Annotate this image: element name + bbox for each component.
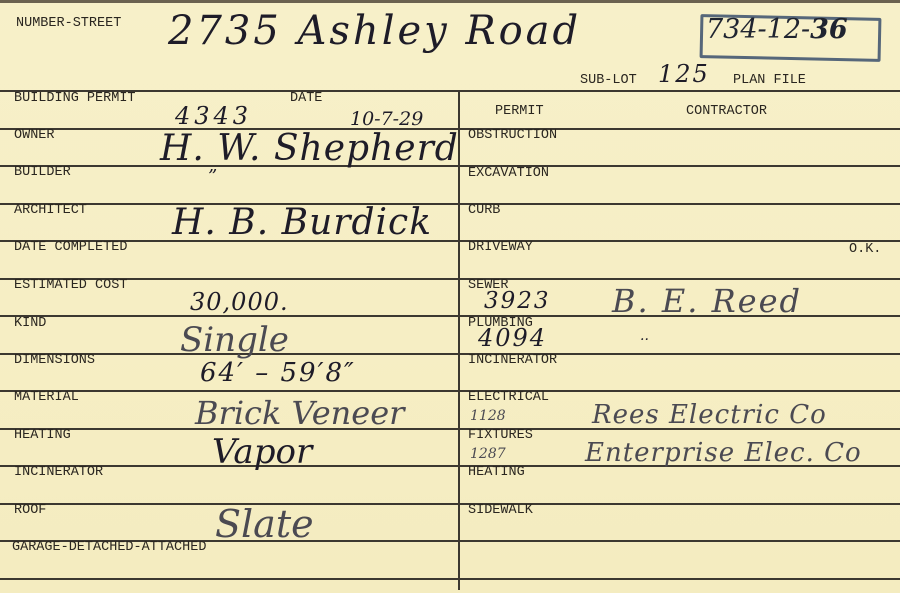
card-top-edge [0, 0, 900, 3]
rule [0, 503, 900, 505]
owner-label: OWNER [14, 128, 55, 143]
address-value: 2735 Ashley Road [168, 8, 581, 54]
material-label: MATERIAL [14, 390, 79, 405]
builder-value: ” [208, 166, 217, 187]
plumbing-contractor-value: .. [640, 328, 649, 344]
plumbing-permit-value: 4094 [478, 324, 547, 352]
estimated-cost-value: 30,000. [190, 288, 289, 316]
rule [0, 203, 900, 205]
heating-permit-label: HEATING [468, 465, 525, 480]
kind-label: KIND [14, 316, 46, 331]
rule [0, 353, 900, 355]
contractor-header: CONTRACTOR [686, 104, 767, 119]
roof-value: Slate [215, 502, 314, 546]
material-value: Brick Veneer [195, 394, 404, 432]
electrical-permit-value: 1128 [470, 408, 506, 424]
garage-label: GARAGE-DETACHED-ATTACHED [12, 540, 206, 555]
kind-value: Single [180, 320, 289, 360]
driveway-label: DRIVEWAY [468, 240, 533, 255]
file-number-prefix: 734-12- [706, 14, 810, 45]
fixtures-permit-value: 1287 [470, 446, 506, 462]
heating-value: Vapor [212, 432, 312, 472]
roof-label: ROOF [14, 503, 46, 518]
builder-label: BUILDER [14, 165, 71, 180]
plan-file-label: PLAN FILE [733, 73, 806, 88]
date-completed-label: DATE COMPLETED [14, 240, 127, 255]
sidewalk-label: SIDEWALK [468, 503, 533, 518]
date-value: 10-7-29 [350, 108, 423, 130]
rule [0, 240, 900, 242]
owner-value: H. W. Shepherd [160, 128, 459, 169]
incinerator-label: INCINERATOR [14, 465, 103, 480]
number-street-label: NUMBER-STREET [16, 16, 121, 31]
electrical-label: ELECTRICAL [468, 390, 549, 405]
obstruction-label: OBSTRUCTION [468, 128, 557, 143]
driveway-status: O.K. [849, 242, 881, 257]
excavation-label: EXCAVATION [468, 166, 549, 181]
file-number: 734-12-36 [706, 14, 848, 45]
sublot-label: SUB-LOT [580, 73, 637, 88]
building-permit-label: BUILDING PERMIT [14, 91, 136, 106]
building-permit-value: 4343 [175, 102, 252, 130]
architect-label: ARCHITECT [14, 203, 87, 218]
sewer-permit-value: 3923 [484, 288, 551, 314]
curb-label: CURB [468, 203, 500, 218]
rule [0, 578, 900, 580]
fixtures-contractor-value: Enterprise Elec. Co [585, 438, 862, 468]
incinerator-permit-label: INCINERATOR [468, 353, 557, 368]
dimensions-value: 64′ – 59′8″ [200, 358, 356, 388]
sublot-value: 125 [658, 60, 710, 88]
fixtures-label: FIXTURES [468, 428, 533, 443]
dimensions-label: DIMENSIONS [14, 353, 95, 368]
electrical-contractor-value: Rees Electric Co [592, 400, 827, 430]
rule [0, 390, 900, 392]
heating-label: HEATING [14, 428, 71, 443]
estimated-cost-label: ESTIMATED COST [14, 278, 127, 293]
permit-header: PERMIT [495, 104, 544, 119]
architect-value: H. B. Burdick [172, 202, 432, 243]
date-label: DATE [290, 91, 322, 106]
permit-card: NUMBER-STREET 2735 Ashley Road 734-12-36… [0, 0, 900, 593]
sewer-contractor-value: B. E. Reed [612, 282, 802, 320]
file-number-suffix: 36 [810, 14, 848, 45]
rule [0, 278, 900, 280]
